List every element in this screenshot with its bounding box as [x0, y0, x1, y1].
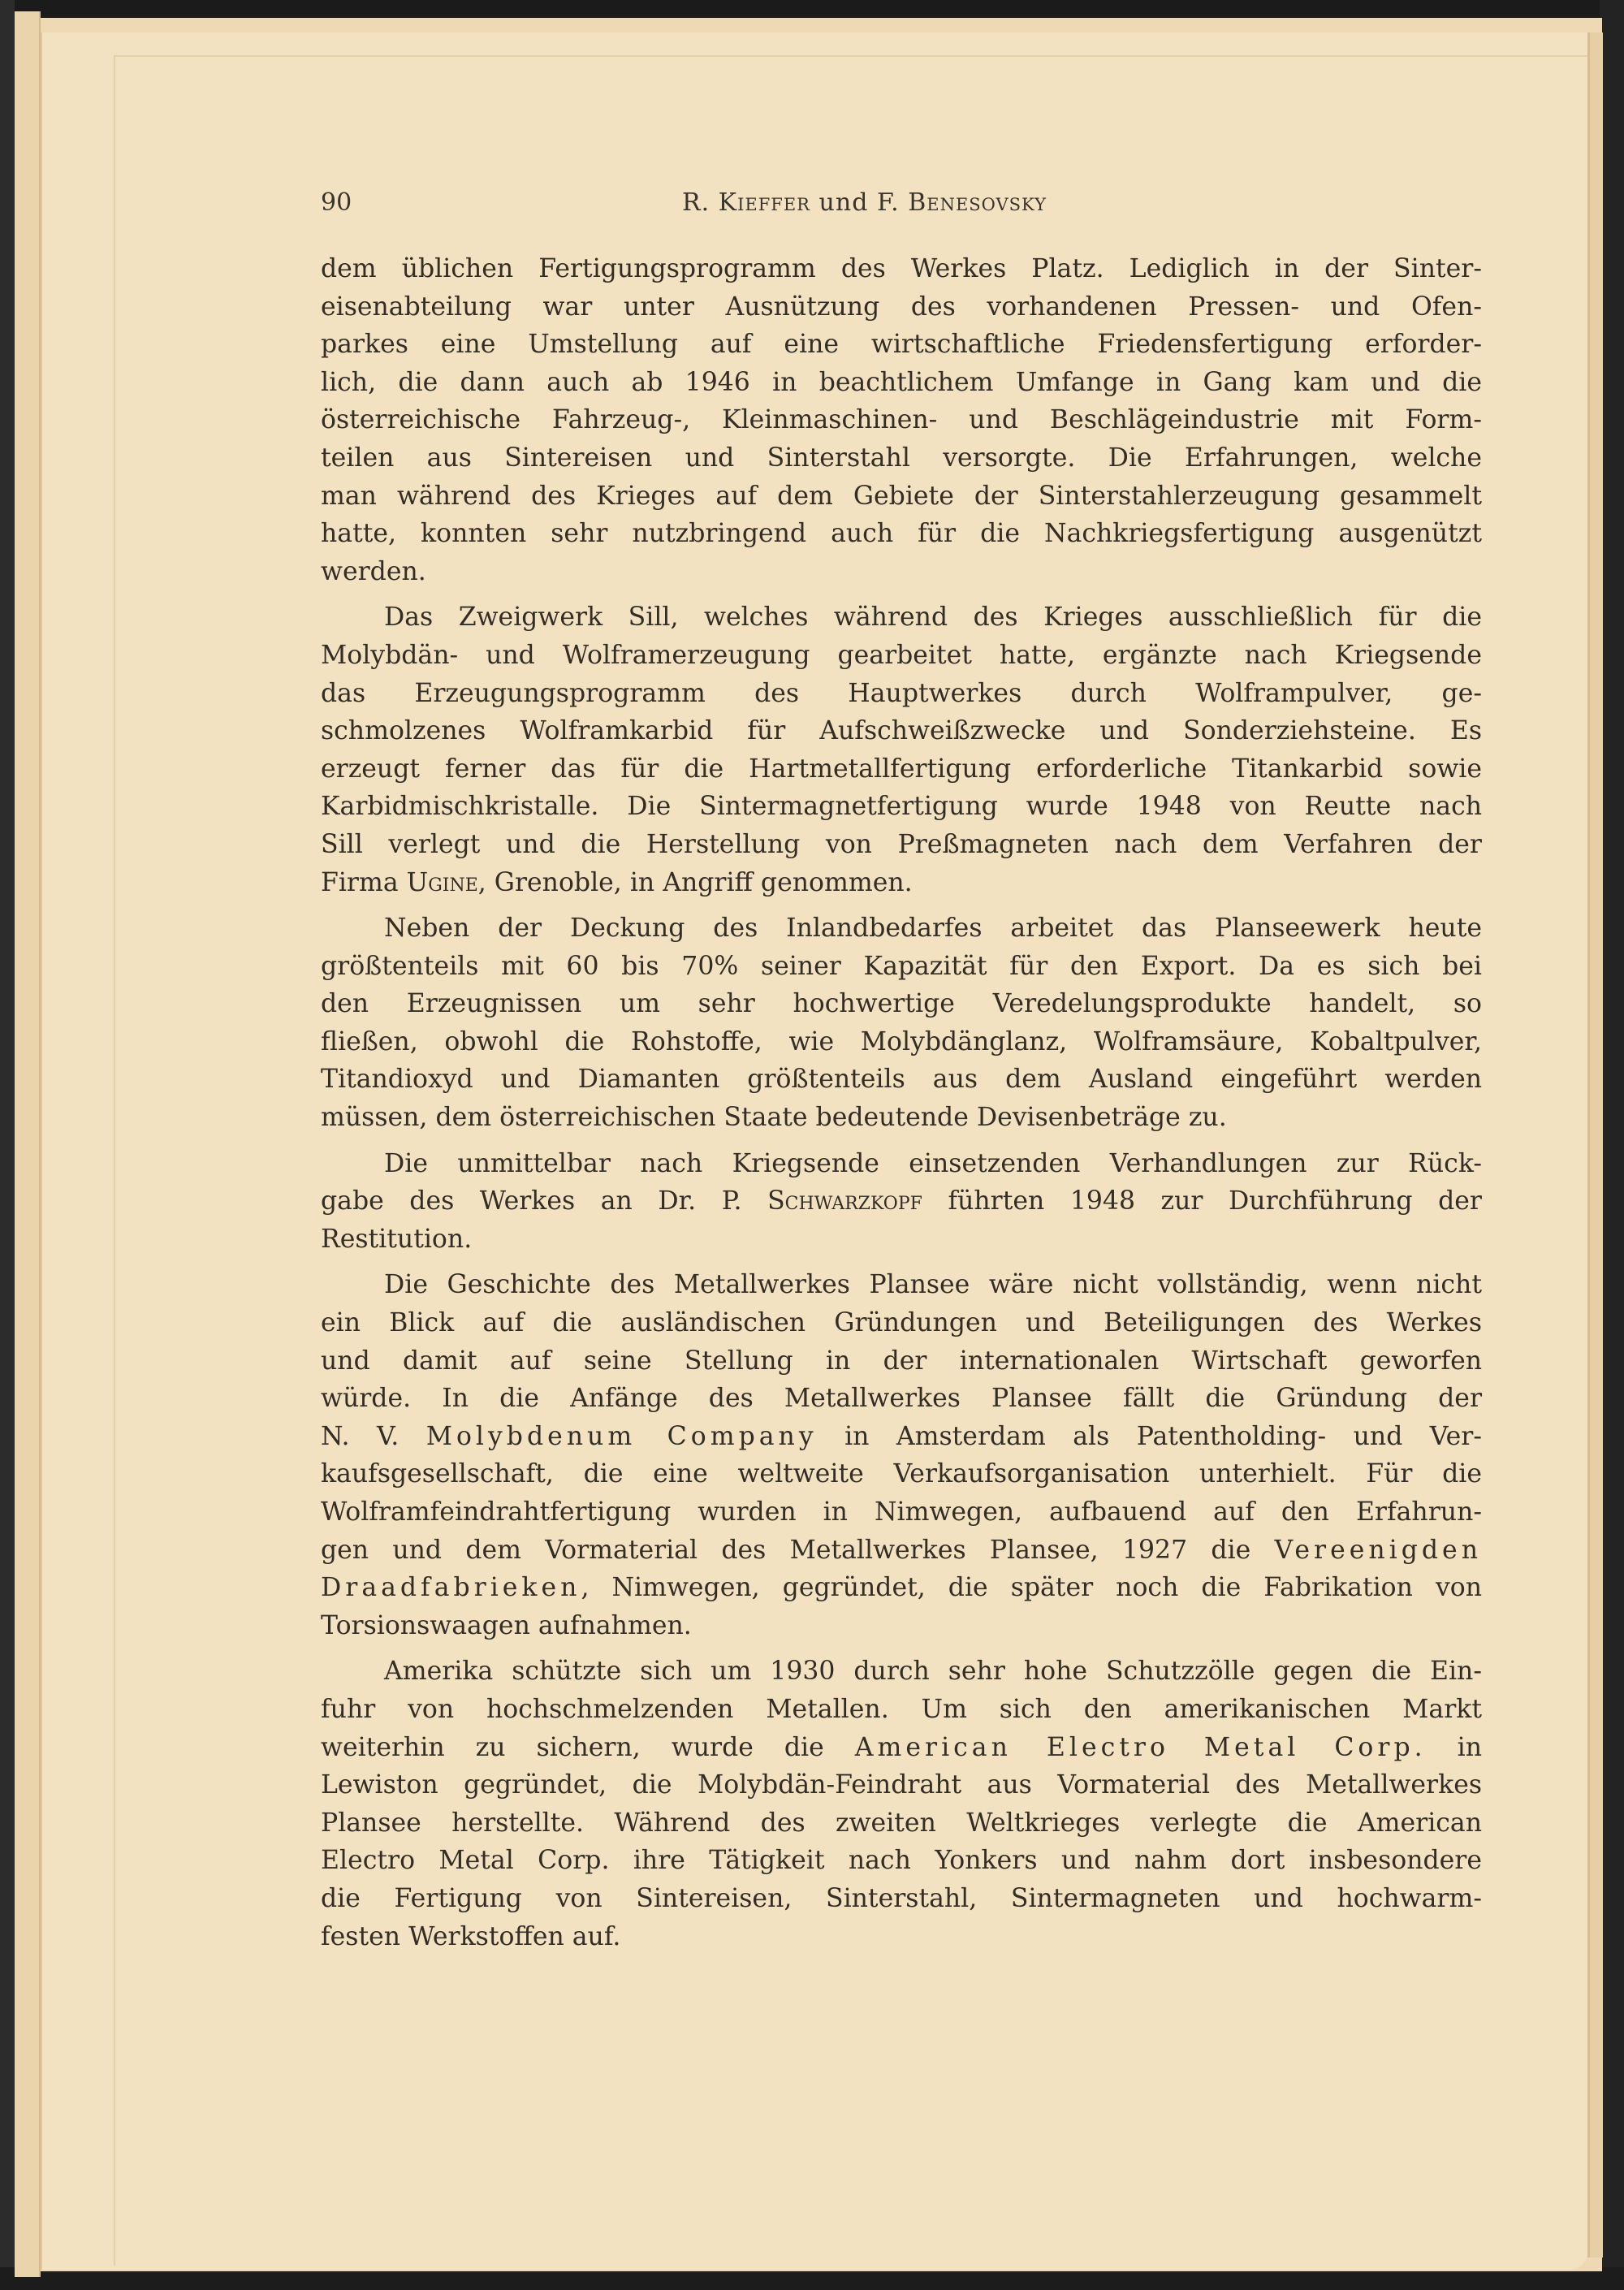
text-line: gen und dem Vormaterial des Metallwerkes…	[321, 1532, 1482, 1570]
paragraph: Die unmittelbar nach Kriegsende einsetze…	[321, 1145, 1482, 1259]
text-line: kaufsgesellschaft, die eine weltweite Ve…	[321, 1455, 1482, 1493]
text-line: werden.	[321, 553, 1482, 591]
text-line: Die unmittelbar nach Kriegsende einsetze…	[321, 1145, 1482, 1183]
paragraph: Die Geschichte des Metallwerkes Plansee …	[321, 1266, 1482, 1644]
paragraph: Das Zweigwerk Sill, welches während des …	[321, 598, 1482, 901]
running-head: 90 R. Kieffer und F. Benesovsky	[321, 185, 1482, 221]
text-line: österreichische Fahrzeug-, Kleinmaschine…	[321, 401, 1482, 439]
text-line: Molybdän- und Wolframerzeugung gearbeite…	[321, 637, 1482, 675]
text-line: Die Geschichte des Metallwerkes Plansee …	[321, 1266, 1482, 1304]
text-line: das Erzeugungsprogramm des Hauptwerkes d…	[321, 675, 1482, 713]
author2-name: Benesovsky	[908, 188, 1047, 217]
text-line: Electro Metal Corp. ihre Tätigkeit nach …	[321, 1842, 1482, 1880]
text-line: fließen, obwohl die Rohstoffe, wie Molyb…	[321, 1023, 1482, 1061]
text-line: N. V. Molybdenum Company in Amsterdam al…	[321, 1418, 1482, 1456]
header-conjunction: und	[819, 188, 869, 217]
text-line: Neben der Deckung des Inlandbedarfes arb…	[321, 910, 1482, 948]
text-line: Titandioxyd und Diamanten größtenteils a…	[321, 1061, 1482, 1099]
header-authors: R. Kieffer und F. Benesovsky	[682, 185, 1047, 221]
text-line: Firma Ugine, Grenoble, in Angriff genomm…	[321, 864, 1482, 902]
emphasized-name: Vereenigden	[1275, 1536, 1482, 1565]
paragraph: dem üblichen Fertigungsprogramm des Werk…	[321, 250, 1482, 590]
text-line: weiterhin zu sichern, wurde die American…	[321, 1729, 1482, 1767]
author1-initial: R.	[682, 188, 710, 217]
text-line: schmolzenes Wolframkarbid für Aufschweiß…	[321, 712, 1482, 750]
text-line: größtenteils mit 60 bis 70% seiner Kapaz…	[321, 948, 1482, 986]
text-line: eisenabteilung war unter Ausnützung des …	[321, 288, 1482, 326]
emphasized-name: Molybdenum Company	[426, 1422, 818, 1451]
text-line: die Fertigung von Sintereisen, Sintersta…	[321, 1880, 1482, 1918]
text-line: teilen aus Sintereisen und Sinterstahl v…	[321, 439, 1482, 477]
body-text: dem üblichen Fertigungsprogramm des Werk…	[321, 250, 1482, 1964]
emphasized-name: Draadfabrieken	[321, 1573, 581, 1602]
text-line: dem üblichen Fertigungsprogramm des Werk…	[321, 250, 1482, 288]
page-edge-right	[1587, 32, 1603, 2258]
text-line: Wolframfeindrahtfertigung wurden in Nimw…	[321, 1493, 1482, 1532]
author1-name: Kieffer	[719, 188, 810, 217]
scan-border-right	[1600, 0, 1624, 2290]
text-line: Restitution.	[321, 1221, 1482, 1259]
text-line: Sill verlegt und die Herstellung von Pre…	[321, 826, 1482, 864]
author2-initial: F.	[877, 188, 900, 217]
text-line: parkes eine Umstellung auf eine wirtscha…	[321, 326, 1482, 364]
text-line: man während des Krieges auf dem Gebiete …	[321, 477, 1482, 516]
text-line: festen Werkstoffen auf.	[321, 1918, 1482, 1956]
text-line: hatte, konnten sehr nutzbringend auch fü…	[321, 515, 1482, 553]
text-line: Karbidmischkristalle. Die Sintermagnetfe…	[321, 788, 1482, 826]
emphasized-name: Ugine	[407, 868, 478, 897]
text-line: Lewiston gegründet, die Molybdän-Feindra…	[321, 1766, 1482, 1804]
text-line: Amerika schützte sich um 1930 durch sehr…	[321, 1653, 1482, 1691]
text-line: Plansee herstellte. Während des zweiten …	[321, 1804, 1482, 1843]
text-line: Draadfabrieken, Nimwegen, gegründet, die…	[321, 1569, 1482, 1607]
text-line: den Erzeugnissen um sehr hochwertige Ver…	[321, 985, 1482, 1023]
page-edge-left	[15, 11, 41, 2277]
text-line: fuhr von hochschmelzenden Metallen. Um s…	[321, 1691, 1482, 1729]
text-line: müssen, dem österreichischen Staate bede…	[321, 1099, 1482, 1137]
text-line: Das Zweigwerk Sill, welches während des …	[321, 598, 1482, 637]
text-line: würde. In die Anfänge des Metallwerkes P…	[321, 1380, 1482, 1418]
page-number: 90	[321, 185, 352, 221]
text-line: ein Blick auf die ausländischen Gründung…	[321, 1304, 1482, 1342]
emphasized-name: Schwarzkopf	[767, 1186, 922, 1216]
text-line: Torsionswaagen aufnahmen.	[321, 1607, 1482, 1645]
text-line: und damit auf seine Stellung in der inte…	[321, 1342, 1482, 1380]
paragraph: Neben der Deckung des Inlandbedarfes arb…	[321, 910, 1482, 1137]
paragraph: Amerika schützte sich um 1930 durch sehr…	[321, 1653, 1482, 1955]
scan-border-left	[0, 0, 15, 2290]
company-name: American Electro Metal Corp.	[855, 1733, 1427, 1762]
text-line: erzeugt ferner das für die Hartmetallfer…	[321, 750, 1482, 789]
text-line: gabe des Werkes an Dr. P. Schwarzkopf fü…	[321, 1182, 1482, 1221]
text-line: lich, die dann auch ab 1946 in beachtlic…	[321, 364, 1482, 402]
